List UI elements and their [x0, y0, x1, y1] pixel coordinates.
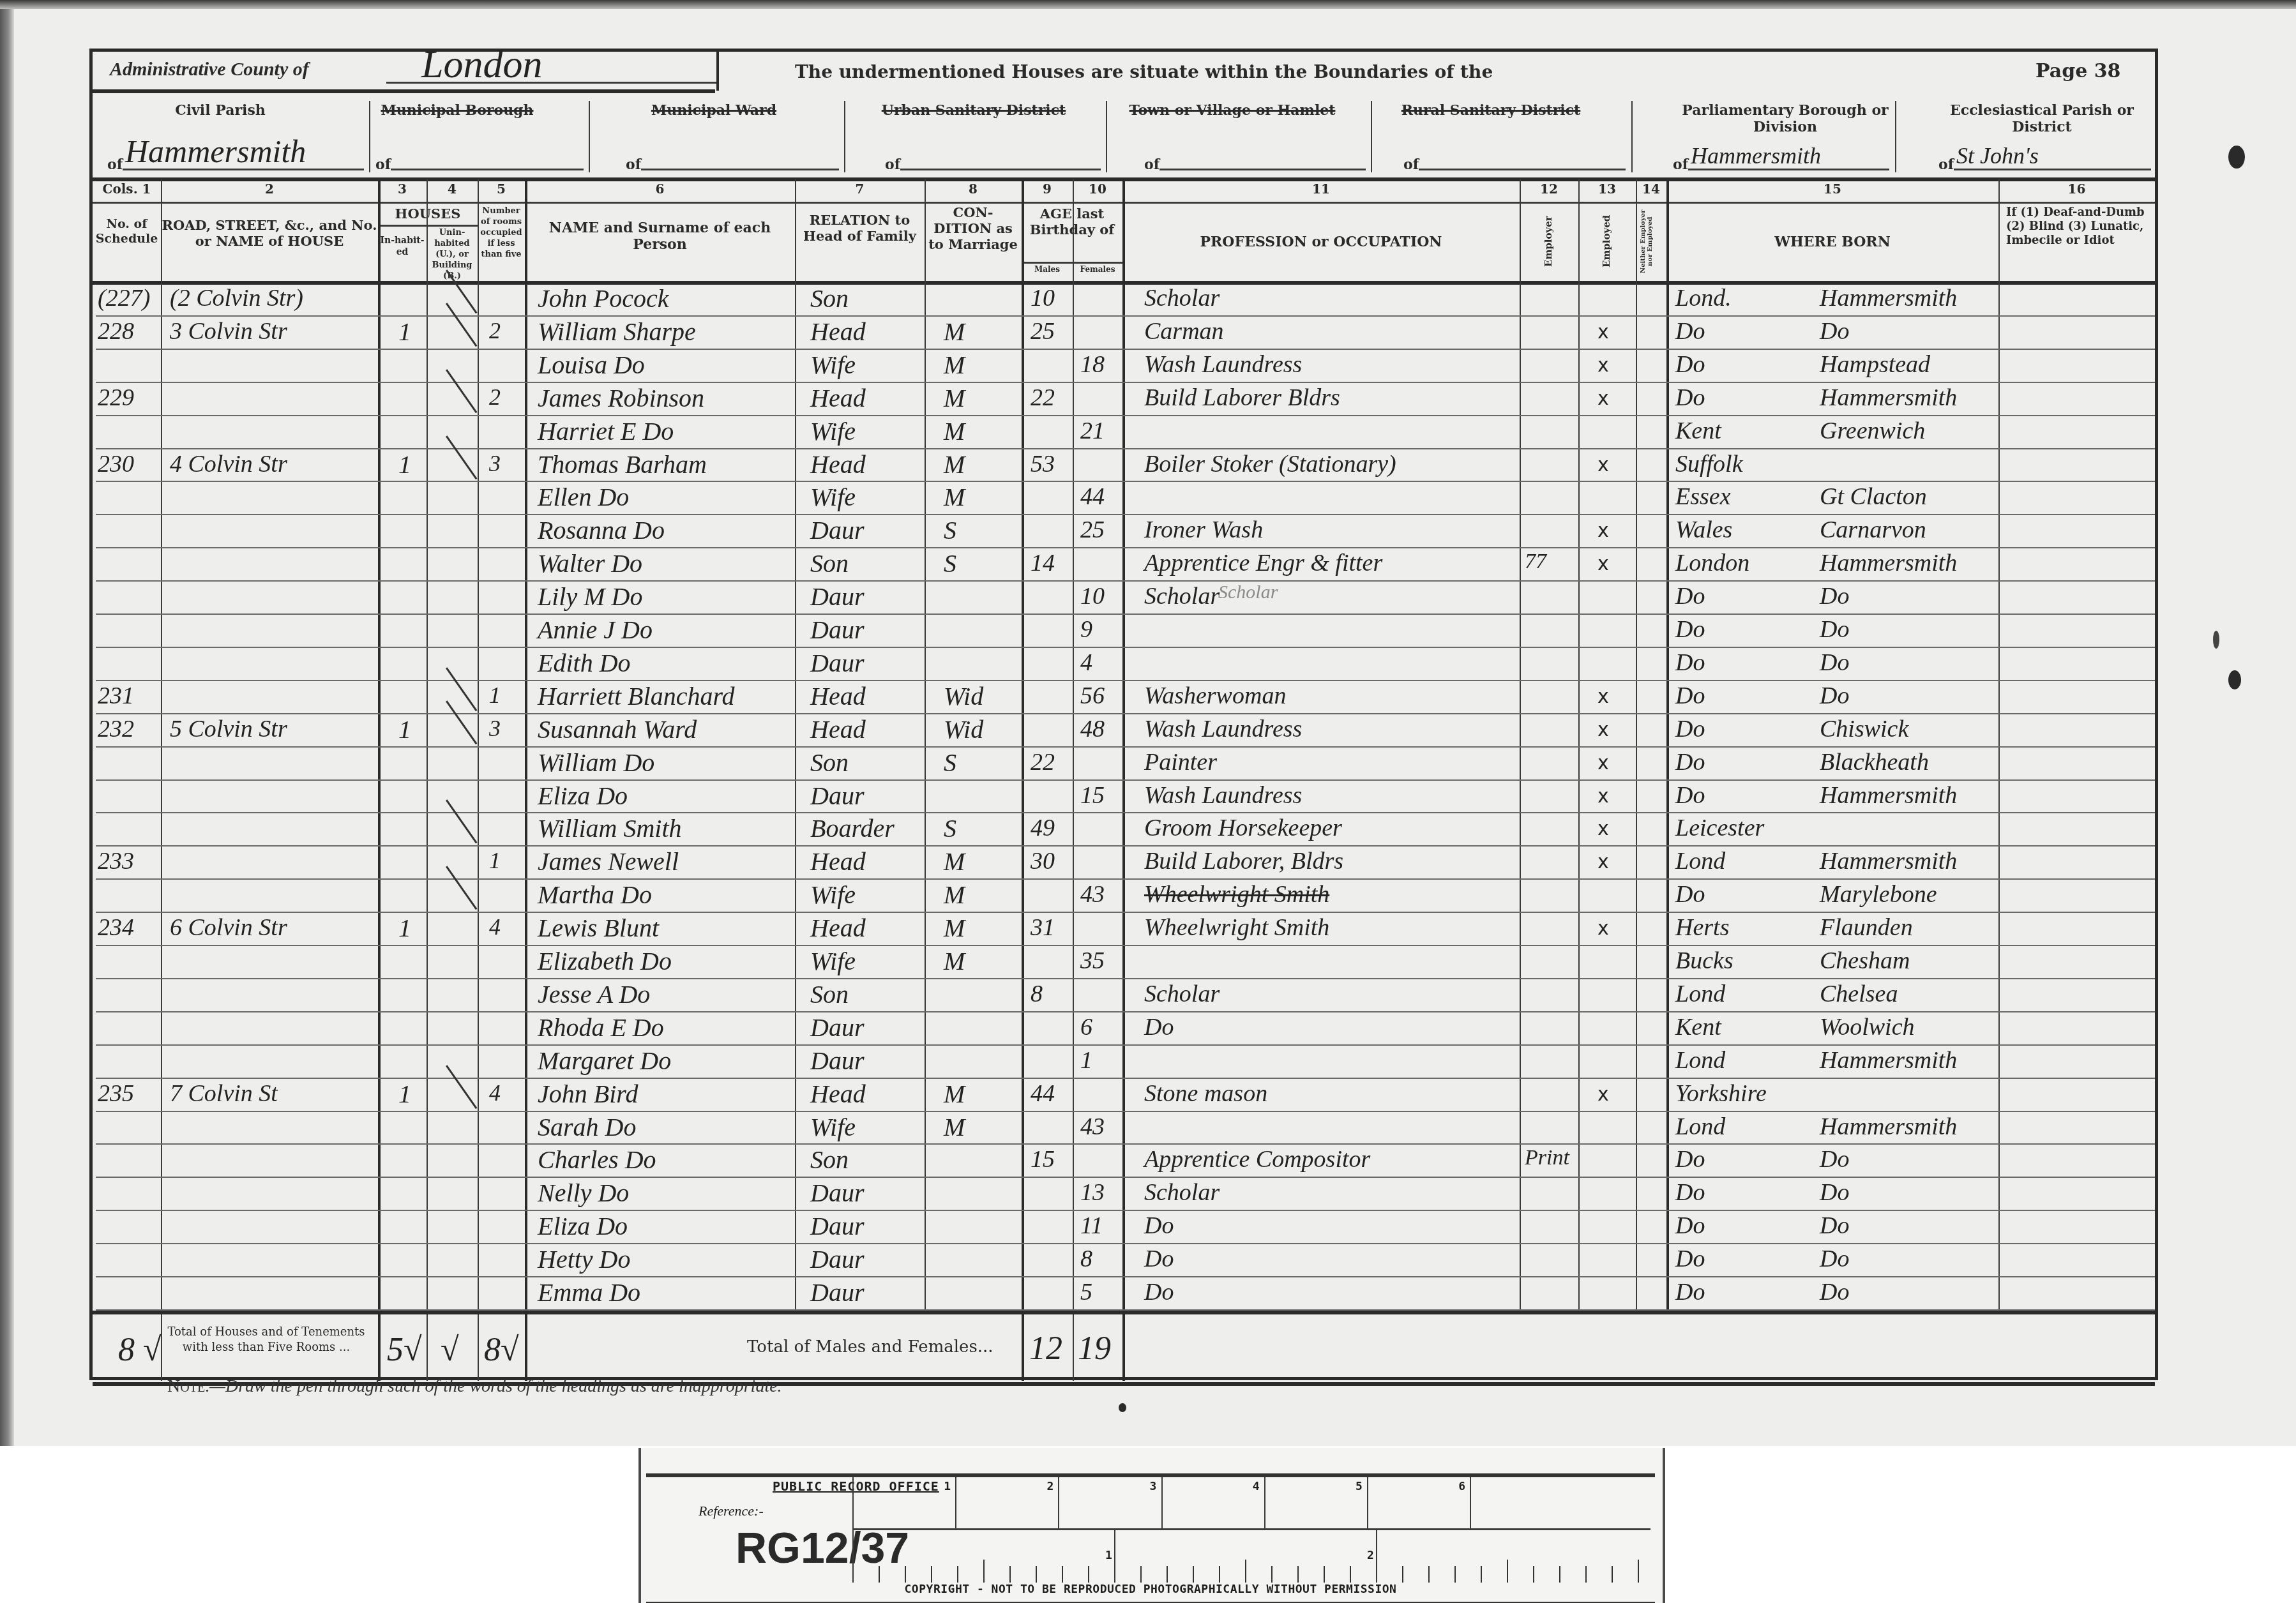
scale-tick: [1481, 1566, 1482, 1583]
female-age: 44: [1080, 485, 1105, 509]
column-number: 8: [925, 181, 1022, 197]
born-county: Lond: [1675, 982, 1725, 1006]
female-age: 35: [1080, 949, 1105, 973]
born-county: Do: [1675, 1247, 1705, 1271]
scale-division: [1161, 1477, 1163, 1528]
census-page: Administrative County of London The unde…: [0, 0, 2296, 1446]
employed-mark: x: [1597, 323, 1609, 342]
reference-card: PUBLIC RECORD OFFICE Reference:- RG12/37…: [638, 1448, 1665, 1603]
address: 3 Colvin Str: [170, 319, 287, 343]
header-neither: Neither Employer nor Employed: [1640, 208, 1654, 275]
born-place: Hammersmith: [1820, 783, 1957, 808]
condition: M: [944, 452, 965, 478]
header-address: ROAD, STREET, &c., and No. or NAME of HO…: [161, 217, 378, 249]
inhabited-count: 1: [398, 915, 411, 941]
table-row: [93, 813, 2155, 847]
born-county: Do: [1675, 352, 1705, 377]
scale-label: 3: [1150, 1480, 1157, 1493]
column-number: 11: [1122, 181, 1520, 197]
born-place: Do: [1820, 617, 1849, 642]
employed-mark: x: [1597, 721, 1609, 740]
scale-tick: [1193, 1566, 1194, 1583]
of-label: of: [375, 156, 391, 173]
column-number: 16: [1998, 181, 2155, 197]
relation: Daur: [810, 783, 864, 809]
district-divider: [1371, 101, 1372, 172]
scale-label: 6: [1458, 1480, 1465, 1493]
district-label: Municipal Ward: [618, 102, 810, 119]
born-place: Flaunden: [1820, 915, 1913, 940]
relation: Daur: [810, 1247, 864, 1272]
header-employer: Employer: [1543, 208, 1554, 275]
scale-tick: [1350, 1566, 1351, 1583]
measurement-scale: 12345612: [852, 1477, 1650, 1583]
scale-mid-rule: [852, 1528, 1650, 1530]
born-place: Hammersmith: [1820, 849, 1957, 873]
totals-top-rule: [93, 1311, 2155, 1314]
total-inhabited: 5√: [387, 1334, 422, 1367]
condition: Wid: [944, 717, 983, 742]
district-underline: [1159, 169, 1366, 170]
male-age: 53: [1031, 452, 1055, 476]
relation: Wife: [810, 485, 856, 510]
employed-mark: x: [1597, 688, 1609, 707]
condition: M: [944, 949, 965, 974]
born-county: Suffolk: [1675, 452, 1743, 476]
county-value: London: [421, 45, 542, 84]
of-label: of: [626, 156, 641, 173]
schedule-number: 233: [98, 849, 134, 873]
person-name: Harriett Blanchard: [538, 684, 735, 709]
born-county: Do: [1675, 783, 1705, 808]
condition: S: [944, 750, 956, 776]
born-county: Bucks: [1675, 949, 1733, 973]
total-schedules: 8 √: [118, 1334, 162, 1367]
relation: Wife: [810, 949, 856, 974]
female-age: 10: [1080, 584, 1105, 608]
female-age: 6: [1080, 1015, 1092, 1039]
scale-inch-label: 2: [1367, 1549, 1374, 1562]
born-place: Do: [1820, 1280, 1849, 1304]
person-name: Rhoda E Do: [538, 1015, 664, 1041]
column-number: 14: [1636, 181, 1666, 197]
female-age: 8: [1080, 1247, 1092, 1271]
column-number: 10: [1073, 181, 1122, 197]
person-name: Ellen Do: [538, 485, 629, 510]
relation: Daur: [810, 1214, 864, 1239]
punch-hole: [2228, 670, 2241, 689]
scale-tick: [1559, 1566, 1560, 1583]
relation: Head: [810, 684, 866, 709]
rooms-count: 3: [489, 717, 501, 740]
female-age: 9: [1080, 617, 1092, 642]
male-age: 25: [1031, 319, 1055, 343]
person-name: Susannah Ward: [538, 717, 697, 742]
relation: Son: [810, 982, 849, 1007]
county-label: Administrative County of: [110, 59, 309, 80]
scale-label: 4: [1253, 1480, 1260, 1493]
occupation: Wash Laundress: [1144, 783, 1302, 808]
occupation: Build Laborer Bldrs: [1144, 386, 1340, 410]
relation: Son: [810, 551, 849, 576]
person-name: John Bird: [538, 1081, 638, 1107]
person-name: Charles Do: [538, 1147, 656, 1173]
column-number: 5: [478, 181, 525, 197]
born-place: Hammersmith: [1820, 1115, 1957, 1139]
relation: Head: [810, 1081, 866, 1107]
condition: Wid: [944, 684, 983, 709]
male-age: 22: [1031, 386, 1055, 410]
born-place: Do: [1820, 1180, 1849, 1205]
person-name: John Pocock: [538, 286, 668, 312]
column-number: 13: [1578, 181, 1636, 197]
born-county: Do: [1675, 1214, 1705, 1238]
header-males: Males: [1022, 264, 1073, 275]
relation: Head: [810, 386, 866, 411]
born-county: London: [1675, 551, 1749, 575]
relation: Daur: [810, 1048, 864, 1074]
schedule-number: 231: [98, 684, 134, 708]
schedule-number: 234: [98, 915, 134, 940]
person-name: Edith Do: [538, 651, 631, 676]
column-number: 6: [525, 181, 795, 197]
rooms-count: 4: [489, 1081, 501, 1104]
born-county: Do: [1675, 750, 1705, 774]
born-place: Do: [1820, 1214, 1849, 1238]
person-name: William Sharpe: [538, 319, 696, 345]
male-age: 10: [1031, 286, 1055, 310]
age-divider: [1022, 262, 1122, 264]
occupation: Wheelwright Smith: [1144, 882, 1329, 907]
page-number: Page 38: [2035, 60, 2120, 82]
header-relation: RELATION to Head of Family: [795, 212, 925, 244]
born-place: Chiswick: [1820, 717, 1908, 741]
district-label: Rural Sanitary District: [1386, 102, 1596, 119]
female-age: 5: [1080, 1280, 1092, 1304]
relation: Daur: [810, 651, 864, 676]
punch-hole: [2228, 146, 2245, 169]
relation: Head: [810, 849, 866, 875]
occupation: Apprentice Engr & fitter: [1144, 551, 1382, 575]
scale-division: [1367, 1477, 1368, 1528]
inhabited-count: 1: [398, 1081, 411, 1107]
born-county: Do: [1675, 882, 1705, 907]
born-county: Do: [1675, 651, 1705, 675]
occupation: Groom Horsekeeper: [1144, 816, 1342, 840]
rooms-count: 3: [489, 452, 501, 475]
inhabited-count: 1: [398, 452, 411, 478]
district-underline: [391, 169, 584, 170]
born-county: Do: [1675, 1147, 1705, 1171]
address: 7 Colvin St: [170, 1081, 278, 1106]
header-infirmity: If (1) Deaf-and-Dumb (2) Blind (3) Lunat…: [1998, 206, 2155, 248]
scale-tick: [1507, 1560, 1508, 1583]
person-name: Lily M Do: [538, 584, 642, 610]
occupation: Washerwoman: [1144, 684, 1286, 708]
header-females: Females: [1073, 264, 1122, 275]
male-age: 8: [1031, 982, 1043, 1006]
scale-inch-line: [1114, 1528, 1115, 1583]
district-divider: [1895, 101, 1896, 172]
scale-division: [955, 1477, 956, 1528]
male-age: 44: [1031, 1081, 1055, 1106]
female-age: 13: [1080, 1180, 1105, 1205]
born-county: Leicester: [1675, 816, 1764, 840]
scale-tick: [1612, 1566, 1613, 1583]
district-underline: [1954, 169, 2151, 170]
relation: Wife: [810, 419, 856, 444]
condition: M: [944, 1115, 965, 1140]
employed-mark: x: [1597, 356, 1609, 375]
employer-mark: Print: [1525, 1147, 1569, 1169]
employed-mark: x: [1597, 754, 1609, 773]
born-place: Blackheath: [1820, 750, 1929, 774]
scale-tick: [1271, 1566, 1273, 1583]
scale-inch-label: 1: [1105, 1549, 1112, 1562]
header-occupation: PROFESSION or OCCUPATION: [1122, 234, 1520, 250]
address: 6 Colvin Str: [170, 915, 287, 940]
relation: Daur: [810, 617, 864, 643]
female-age: 18: [1080, 352, 1105, 377]
district-label: Civil Parish: [125, 102, 316, 119]
born-county: Do: [1675, 717, 1705, 741]
born-county: Lond: [1675, 1115, 1725, 1139]
born-county: Herts: [1675, 915, 1729, 940]
header-where-born: WHERE BORN: [1666, 234, 1998, 250]
district-value: Hammersmith: [1691, 144, 1821, 167]
houses-divider: [378, 225, 478, 227]
boundaries-text: The undermentioned Houses are situate wi…: [795, 61, 1493, 82]
employed-mark: x: [1597, 787, 1609, 806]
rooms-count: 2: [489, 386, 501, 409]
born-place: Do: [1820, 319, 1849, 343]
district-value: St John's: [1956, 144, 2039, 167]
condition: M: [944, 319, 965, 345]
born-county: Kent: [1675, 1015, 1721, 1039]
scale-tick: [1036, 1566, 1037, 1583]
scale-tick: [1009, 1566, 1011, 1583]
born-county: Do: [1675, 386, 1705, 410]
column-number: Cols. 1: [93, 181, 161, 197]
district-label: Town or Village or Hamlet: [1127, 102, 1338, 119]
occupation: Do: [1144, 1247, 1174, 1271]
total-rooms: 8√: [484, 1334, 519, 1367]
column-number: 2: [161, 181, 378, 197]
occupation: Boiler Stoker (Stationary): [1144, 452, 1396, 476]
of-label: of: [1403, 156, 1419, 173]
born-county: Do: [1675, 1280, 1705, 1304]
employed-mark: x: [1597, 820, 1609, 839]
district-label: Ecclesiastical Parish or District: [1927, 102, 2157, 135]
person-name: Lewis Blunt: [538, 915, 659, 941]
header-name: NAME and Surname of each Person: [525, 220, 795, 253]
person-name: Elizabeth Do: [538, 949, 672, 974]
person-name: Eliza Do: [538, 1214, 628, 1239]
condition: S: [944, 816, 956, 841]
relation: Son: [810, 286, 849, 312]
occupation: Scholar: [1144, 584, 1220, 608]
rooms-count: 2: [489, 319, 501, 342]
person-name: Emma Do: [538, 1280, 640, 1306]
of-label: of: [1938, 156, 1954, 173]
person-name: Eliza Do: [538, 783, 628, 809]
occupation: Stone mason: [1144, 1081, 1267, 1106]
district-underline: [1688, 169, 1889, 170]
condition: M: [944, 386, 965, 411]
born-county: Do: [1675, 684, 1705, 708]
occupation: Scholar: [1144, 286, 1220, 310]
relation: Head: [810, 452, 866, 478]
employed-mark: x: [1597, 522, 1609, 541]
relation: Daur: [810, 518, 864, 543]
schedule-number: 235: [98, 1081, 134, 1106]
person-name: Margaret Do: [538, 1048, 671, 1074]
schedule-number: (227): [98, 286, 150, 310]
female-age: 11: [1080, 1214, 1103, 1238]
person-name: William Smith: [538, 816, 682, 841]
occupation: Wash Laundress: [1144, 717, 1302, 741]
person-name: Martha Do: [538, 882, 652, 908]
born-place: Do: [1820, 1147, 1849, 1171]
person-name: Louisa Do: [538, 352, 645, 378]
female-age: 56: [1080, 684, 1105, 708]
relation: Wife: [810, 1115, 856, 1140]
relation: Son: [810, 750, 849, 776]
punch-hole: [1119, 1403, 1126, 1412]
scale-tick: [1219, 1566, 1220, 1583]
totals-persons-label: Total of Males and Females...: [747, 1337, 993, 1357]
born-place: Greenwich: [1820, 419, 1925, 443]
born-place: Carnarvon: [1820, 518, 1926, 542]
scale-tick: [1402, 1566, 1403, 1583]
column-number: 4: [427, 181, 478, 197]
employed-mark: x: [1597, 389, 1609, 409]
address: 5 Colvin Str: [170, 717, 287, 741]
relation: Daur: [810, 1015, 864, 1041]
scale-tick: [983, 1560, 985, 1583]
born-place: Chesham: [1820, 949, 1910, 973]
person-name: Walter Do: [538, 551, 642, 576]
female-age: 15: [1080, 783, 1105, 808]
male-age: 49: [1031, 816, 1055, 840]
condition: M: [944, 915, 965, 941]
pencil-annotation: Scholar: [1218, 583, 1278, 602]
scale-tick: [879, 1566, 880, 1583]
totals-houses-label: Total of Houses and of Tenements with le…: [167, 1325, 365, 1355]
condition: M: [944, 352, 965, 378]
female-age: 48: [1080, 717, 1105, 741]
born-place: Chelsea: [1820, 982, 1898, 1006]
person-name: James Newell: [538, 849, 679, 875]
condition: M: [944, 882, 965, 908]
scale-tick: [1454, 1566, 1456, 1583]
female-age: 43: [1080, 882, 1105, 907]
of-label: of: [1144, 156, 1159, 173]
inhabited-count: 1: [398, 319, 411, 345]
of-label: of: [1673, 156, 1688, 173]
born-place: Do: [1820, 584, 1849, 608]
of-label: of: [107, 156, 123, 173]
male-age: 15: [1031, 1147, 1055, 1171]
born-county: Lond.: [1675, 286, 1732, 310]
district-divider: [844, 101, 845, 172]
schedule-number: 228: [98, 319, 134, 343]
of-label: of: [885, 156, 900, 173]
condition: S: [944, 518, 956, 543]
occupation: Wheelwright Smith: [1144, 915, 1329, 940]
born-place: Woolwich: [1820, 1015, 1915, 1039]
column-number: 3: [378, 181, 427, 197]
scale-tick: [1428, 1566, 1430, 1583]
born-county: Lond: [1675, 849, 1725, 873]
address: (2 Colvin Str): [170, 286, 303, 310]
employed-mark: x: [1597, 456, 1609, 475]
occupation: Scholar: [1144, 982, 1220, 1006]
scale-tick: [1062, 1566, 1063, 1583]
district-divider: [1631, 101, 1633, 172]
person-name: Annie J Do: [538, 617, 653, 643]
scale-label: 5: [1356, 1480, 1363, 1493]
female-age: 21: [1080, 419, 1105, 443]
born-place: Hammersmith: [1820, 386, 1957, 410]
column-number: 7: [795, 181, 925, 197]
schedule-number: 232: [98, 717, 134, 741]
born-county: Do: [1675, 319, 1705, 343]
occupation: Do: [1144, 1214, 1174, 1238]
scale-division: [1470, 1477, 1471, 1528]
note-text: —Draw the pen through such of the words …: [209, 1376, 782, 1396]
note-prefix: Note.: [167, 1376, 209, 1396]
person-name: Rosanna Do: [538, 518, 665, 543]
person-name: Harriet E Do: [538, 419, 674, 444]
occupation: Apprentice Compositor: [1144, 1147, 1370, 1171]
person-name: James Robinson: [538, 386, 704, 411]
scale-label: 2: [1046, 1480, 1054, 1493]
scale-tick: [957, 1566, 958, 1583]
column-number: 9: [1022, 181, 1073, 197]
scale-tick: [1638, 1560, 1639, 1583]
condition: M: [944, 419, 965, 444]
copyright-notice: COPYRIGHT - NOT TO BE REPRODUCED PHOTOGR…: [646, 1583, 1655, 1596]
relation: Boarder: [810, 816, 895, 841]
employed-mark: x: [1597, 853, 1609, 872]
header-schedule: No. of Schedule: [93, 217, 161, 246]
district-label: Urban Sanitary District: [878, 102, 1069, 119]
scale-tick: [905, 1566, 906, 1583]
born-place: Do: [1820, 651, 1849, 675]
header-condition: CON-DITION as to Marriage: [925, 204, 1022, 252]
born-county: Lond: [1675, 1048, 1725, 1072]
district-underline: [1419, 169, 1626, 170]
footer-note: Note.—Draw the pen through such of the w…: [167, 1376, 782, 1397]
person-name: Sarah Do: [538, 1115, 636, 1140]
header-houses: HOUSES: [378, 206, 478, 222]
district-underline: [641, 169, 839, 170]
condition: M: [944, 1081, 965, 1107]
column-number: 12: [1520, 181, 1578, 197]
scale-tick: [931, 1566, 932, 1583]
born-place: Hampstead: [1820, 352, 1930, 377]
person-name: Hetty Do: [538, 1247, 631, 1272]
condition: M: [944, 849, 965, 875]
inhabited-count: 1: [398, 717, 411, 742]
district-divider: [1106, 101, 1107, 172]
born-place: Hammersmith: [1820, 551, 1957, 575]
female-age: 25: [1080, 518, 1105, 542]
district-label: Parliamentary Borough or Division: [1670, 102, 1900, 135]
relation: Wife: [810, 882, 856, 908]
district-divider: [589, 101, 590, 172]
